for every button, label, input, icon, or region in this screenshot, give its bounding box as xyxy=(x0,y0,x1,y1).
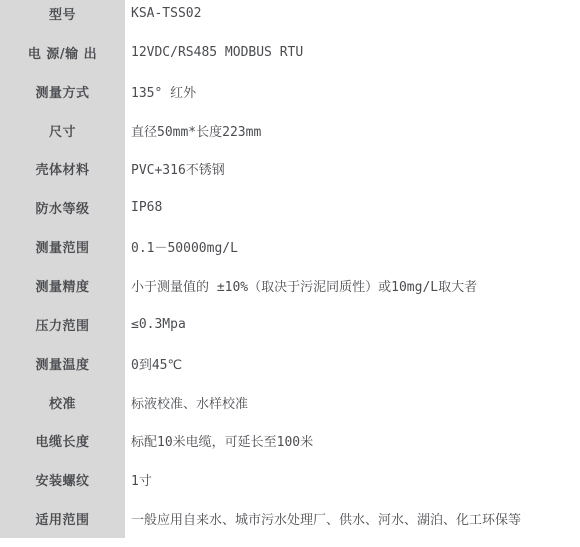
spec-label: 型号 xyxy=(0,4,125,23)
spec-value: 135° 红外 xyxy=(125,82,196,101)
table-row: 测量精度 小于测量值的 ±10%（取决于污泥同质性）或10mg/L取大者 xyxy=(0,266,580,305)
spec-value: 标配10米电缆，可延长至100米 xyxy=(125,431,313,450)
table-row: 电缆长度 标配10米电缆，可延长至100米 xyxy=(0,421,580,460)
spec-value: 一般应用自来水、城市污水处理厂、供水、河水、湖泊、化工环保等 xyxy=(125,509,521,528)
spec-value: 小于测量值的 ±10%（取决于污泥同质性）或10mg/L取大者 xyxy=(125,276,477,295)
spec-label: 安装螺纹 xyxy=(0,470,125,489)
table-row: 安装螺纹 1寸 xyxy=(0,460,580,499)
spec-value: IP68 xyxy=(125,200,162,215)
spec-label: 压力范围 xyxy=(0,315,125,334)
spec-label: 校准 xyxy=(0,393,125,412)
spec-label: 尺寸 xyxy=(0,121,125,140)
spec-label: 测量精度 xyxy=(0,276,125,295)
spec-value: 直径50mm*长度223mm xyxy=(125,121,261,140)
spec-value: 0.1－50000mg/L xyxy=(125,237,238,256)
table-row: 压力范围 ≤0.3Mpa xyxy=(0,305,580,344)
table-row: 尺寸 直径50mm*长度223mm xyxy=(0,111,580,150)
spec-value: 标液校准、水样校准 xyxy=(125,393,248,412)
spec-label: 电 源/输 出 xyxy=(0,43,125,62)
spec-value: 1寸 xyxy=(125,470,152,489)
spec-value: KSA-TSS02 xyxy=(125,6,201,21)
table-row: 测量温度 0到45℃ xyxy=(0,344,580,383)
spec-label: 适用范围 xyxy=(0,509,125,528)
table-row: 防水等级 IP68 xyxy=(0,188,580,227)
spec-table: 型号 KSA-TSS02 电 源/输 出 12VDC/RS485 MODBUS … xyxy=(0,0,580,547)
spec-value: 12VDC/RS485 MODBUS RTU xyxy=(125,45,303,60)
spec-label: 测量温度 xyxy=(0,354,125,373)
spec-value: ≤0.3Mpa xyxy=(125,317,186,332)
spec-label: 防水等级 xyxy=(0,198,125,217)
spec-value: PVC+316不锈钢 xyxy=(125,159,225,178)
spec-label: 壳体材料 xyxy=(0,159,125,178)
spec-label: 测量范围 xyxy=(0,237,125,256)
spec-rows: 型号 KSA-TSS02 电 源/输 出 12VDC/RS485 MODBUS … xyxy=(0,0,580,538)
table-row: 适用范围 一般应用自来水、城市污水处理厂、供水、河水、湖泊、化工环保等 xyxy=(0,499,580,538)
table-row: 校准 标液校准、水样校准 xyxy=(0,383,580,422)
table-row: 型号 KSA-TSS02 xyxy=(0,0,580,33)
spec-label: 电缆长度 xyxy=(0,431,125,450)
table-row: 测量范围 0.1－50000mg/L xyxy=(0,227,580,266)
spec-value: 0到45℃ xyxy=(125,354,182,373)
table-row: 测量方式 135° 红外 xyxy=(0,72,580,111)
table-row: 壳体材料 PVC+316不锈钢 xyxy=(0,149,580,188)
spec-label: 测量方式 xyxy=(0,82,125,101)
table-row: 电 源/输 出 12VDC/RS485 MODBUS RTU xyxy=(0,33,580,72)
